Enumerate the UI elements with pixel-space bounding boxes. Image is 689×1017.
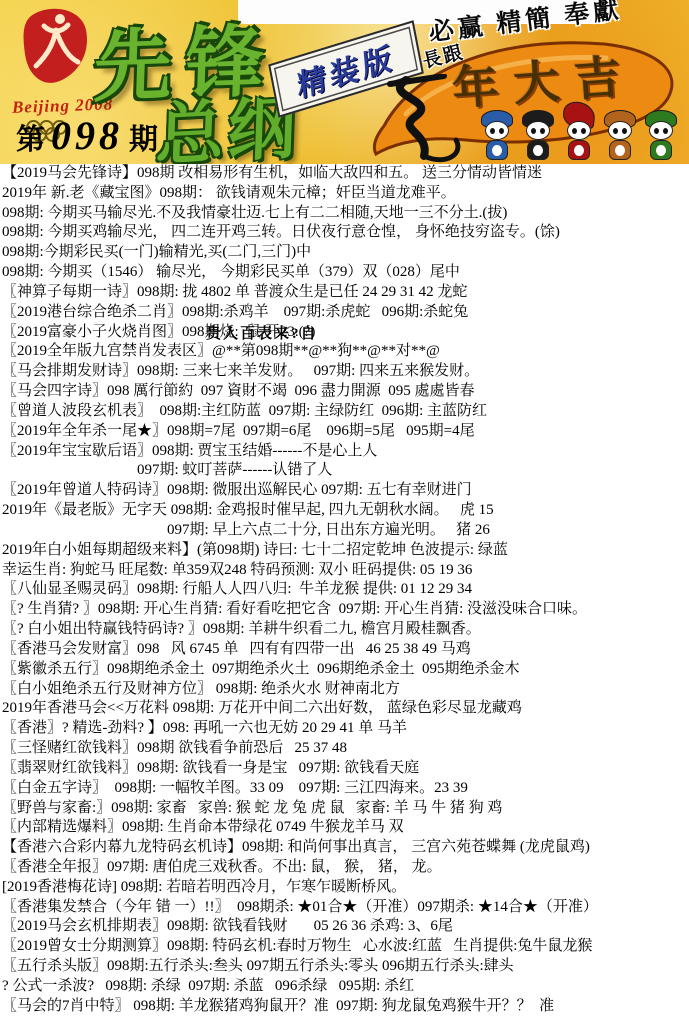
fuwa-huanhuan-red-icon — [562, 108, 596, 162]
text-line: 〖野兽与家畜:〗098期: 家畜 家兽: 猴 蛇 龙 兔 虎 鼠 家畜: 羊 马… — [0, 799, 689, 819]
fuwa-yingying-orange-icon — [603, 108, 637, 162]
text-line: 〖翡翠财红欲钱料〗098期: 欲钱看一身是宝 097期: 欲钱看天庭 — [0, 759, 689, 779]
text-line: 〖五行杀头版〗098期:五行杀头:叁头 097期五行杀头:零头 096期五行杀头… — [0, 957, 689, 977]
text-line: 〖香港全年报〗097期: 唐伯虎三戏秋香。不出: 鼠， 猴， 猪， 龙。 — [0, 858, 689, 878]
text-line: 〖八仙显圣赐灵码〗098期: 行船人人四八归: 牛羊龙猴 提供: 01 12 2… — [0, 580, 689, 600]
issue-value: 098 — [45, 113, 129, 158]
tip-sheet-page: Beijing 2008 先锋 总纲 第098期 精装版 必赢 精簡 奉獻 長跟… — [0, 0, 689, 1017]
text-line: 〖三怪赌红欲钱料〗098期 欲钱看争前恐后 25 37 48 — [0, 739, 689, 759]
text-line: 098期:今期彩民买(一门)输精光,买(二门,三门)中 — [0, 243, 689, 263]
text-line: 〖神算子每期一诗〗098期: 拢 4802 单 普渡众生是已任 24 29 31… — [0, 283, 689, 303]
text-line: 〖2019年全年杀一尾★〗098期=7尾 097期=6尾 096期=5尾 095… — [0, 422, 689, 442]
dancing-beijing-seal-icon — [20, 6, 92, 92]
text-line: 贵人百表来?自〖2019富豪小子火烧肖图〗098期烧: 鼠 开23.(?) — [0, 323, 689, 343]
text-line: 〖曾道人波段玄机表〗 098期:主红防蓝 097期: 主绿防红 096期: 主蓝… — [0, 402, 689, 422]
text-line: 〖马会四字诗〗098 厲行節約 097 資財不竭 096 盡力開源 095 處處… — [0, 382, 689, 402]
text-line: 〖香港集发禁合（今年 错 一）!!〗 098期杀: ★01合★（开准）097期杀… — [0, 898, 689, 918]
text-line: 〖马会排期发财诗〗098期: 三来七来羊发财。 097期: 四来五来猴发财。 — [0, 362, 689, 382]
text-line: 幸运生肖: 狗蛇马 旺尾数: 单359双248 特码预测: 双小 旺码提供: 0… — [0, 561, 689, 581]
text-line: [2019香港梅花诗] 098期: 若暗若明西冷月，乍寒乍暖断桥风。 — [0, 878, 689, 898]
masthead: Beijing 2008 先锋 总纲 第098期 精装版 必赢 精簡 奉獻 長跟… — [0, 0, 689, 164]
text-line: 〖? 白小姐出特赢钱特码诗? 〗098期: 羊耕牛织看二九, 檐宫月殿桂飘香。 — [0, 620, 689, 640]
text-line: 〖2019全年版九宫禁肖发表区〗@**第098期**@**狗**@**对**@ — [0, 342, 689, 362]
text-line: 2019年香港马会<<万花料 098期: 万花开中间二六出好数， 蓝绿色彩尽显龙… — [0, 699, 689, 719]
text-line: 〖2019港台综合绝杀二肖〗098期:杀鸡羊 097期:杀虎蛇 096期:杀蛇兔 — [0, 303, 689, 323]
text-line: 〖2019年宝宝歇后语〗098期: 贾宝玉结婚------不是心上人 — [0, 442, 689, 462]
fuwa-mascots-row — [480, 108, 678, 162]
text-line: 〖马会的7肖中特〗 098期: 羊龙猴猪鸡狗鼠开？准 097期: 狗龙鼠兔鸡猴牛… — [0, 997, 689, 1017]
fuwa-nini-green-icon — [644, 108, 678, 162]
tip-lines-body: 【2019马会先锋诗】098期 改相易形有生机，如临大敌四和五。 送三分情动皆情… — [0, 164, 689, 1017]
text-line: 097期: 蚊叮菩萨------认错了人 — [0, 461, 689, 481]
fuwa-beibei-blue-icon — [480, 108, 514, 162]
text-line: 098期: 今期买马输尽光.不及我情豪壮迈.七上有二二相随,天地一三不分土.(拔… — [0, 204, 689, 224]
text-line: 〖? 生肖猜? 〗098期: 开心生肖猜: 看好看吃把它含 097期: 开心生肖… — [0, 600, 689, 620]
text-line: 〖香港〗? 精选-劲料? 】098: 再吼一六也无妨 20 29 41 单 马羊 — [0, 719, 689, 739]
text-line: 2019年白小姐每期超级来料】(第098期) 诗曰: 七十二招定乾坤 色波提示:… — [0, 541, 689, 561]
text-line: 2019年 新.老《藏宝图》098期： 欲钱请观朱元樟；奸臣当道龙难平。 — [0, 184, 689, 204]
text-line: 【香港六合彩内幕九龙特码玄机诗】098期: 和尚何事出真言， 三宫六苑苍蝶舞 (… — [0, 838, 689, 858]
text-line: 〖2019曾女士分期测算〗098期: 特码玄机:春时万物生 心水波:红蓝 生肖提… — [0, 937, 689, 957]
text-line: 098期: 今期买鸡输尽光， 四二连开鸡三转。日伏夜行意仓惶， 身怀绝技穷盗专。… — [0, 223, 689, 243]
text-line: 〖紫徽杀五行〗098期绝杀金土 097期绝杀火土 096期绝杀金土 095期绝杀… — [0, 660, 689, 680]
text-line: 〖白小姐绝杀五行及财神方位〗 098期: 绝杀火水 财神南北方 — [0, 680, 689, 700]
text-line: 2019年《最老版》无字天 098期: 金鸡报时催早起, 四九无朝秋水阔。 虎 … — [0, 501, 689, 521]
text-line: 098期: 今期买（1546） 输尽光， 今期彩民买单（379）双（028）尾中 — [0, 263, 689, 283]
text-line: 〖2019马会玄机排期表〗098期: 欲钱看钱财 05 26 36 杀鸡: 3、… — [0, 917, 689, 937]
text-line: 097期: 早上六点二十分, 日出东方遍光明。 猪 26 — [0, 521, 689, 541]
text-line: 〖香港马会发财富〗098 风 6745 单 四有有四带一出 46 25 38 4… — [0, 640, 689, 660]
text-line: 【2019马会先锋诗】098期 改相易形有生机，如临大敌四和五。 送三分情动皆情… — [0, 164, 689, 184]
text-line: 〖白金五字诗〗 098期: 一幅牧羊图。33 09 097期: 三江四海来。23… — [0, 779, 689, 799]
fuwa-jingjing-panda-icon — [521, 108, 555, 162]
text-line: 〖2019年曾道人特码诗〗098期: 微服出巡解民心 097期: 五七有幸财进门 — [0, 481, 689, 501]
issue-suffix: 期 — [129, 124, 158, 156]
text-line: 〖内部精选爆料〗098期: 生肖命本带绿花 0749 牛猴龙羊马 双 — [0, 818, 689, 838]
issue-prefix: 第 — [16, 124, 45, 156]
issue-number: 第098期 — [16, 112, 158, 159]
text-line: ? 公式一杀波? 098期: 杀绿 097期: 杀蓝 096杀绿 095期: 杀… — [0, 977, 689, 997]
